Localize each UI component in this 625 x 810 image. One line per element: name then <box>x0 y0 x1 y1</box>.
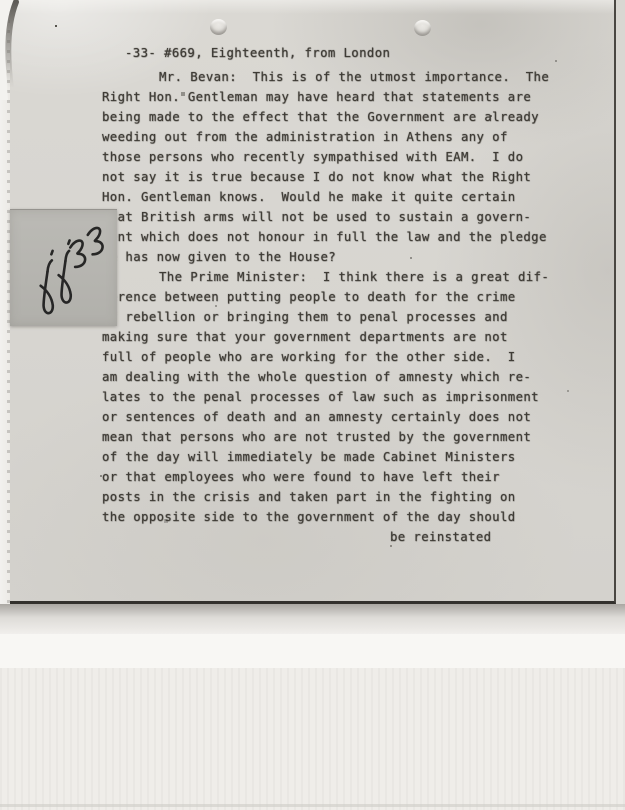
text-line: Right Hon. Gentleman may have heard that… <box>102 87 582 107</box>
archive-label: jj33 <box>10 209 117 326</box>
text-line: or that employees who were found to have… <box>102 467 582 487</box>
scanned-document: -33- #669, Eighteenth, from London Mr. B… <box>0 0 625 810</box>
text-line: or sentences of death and an amnesty cer… <box>102 407 582 427</box>
text-line: am dealing with the whole question of am… <box>102 367 582 387</box>
text-line: weeding out from the administration in A… <box>102 127 582 147</box>
text-line: of rebellion or bringing them to penal p… <box>102 307 582 327</box>
text-line: The Prime Minister: I think there is a g… <box>102 267 582 287</box>
text-line: posts in the crisis and taken part in th… <box>102 487 582 507</box>
page-header: -33- #669, Eighteenth, from London <box>125 45 390 61</box>
text-line: be reinstated <box>102 527 582 547</box>
scanner-edge-line <box>0 804 625 807</box>
page-bottom-shadow <box>0 604 625 634</box>
text-line: the opposite side to the government of t… <box>102 507 582 527</box>
body-text: Mr. Bevan: This is of the utmost importa… <box>102 67 582 547</box>
text-line: not say it is true because I do not know… <box>102 167 582 187</box>
text-line: of the day will immediately be made Cabi… <box>102 447 582 467</box>
text-line: making sure that your government departm… <box>102 327 582 347</box>
handwritten-stamp-jj33 <box>10 210 117 326</box>
scanner-background <box>0 668 625 810</box>
punch-hole-right <box>414 20 431 36</box>
text-line: full of people who are working for the o… <box>102 347 582 367</box>
text-line: Hon. Gentleman knows. Would he make it q… <box>102 187 582 207</box>
text-line: lates to the penal processes of law such… <box>102 387 582 407</box>
page-curl-shadow <box>0 0 34 100</box>
punch-hole-left <box>210 19 227 35</box>
page-right-edge <box>616 0 625 604</box>
text-line: mean that persons who are not trusted by… <box>102 427 582 447</box>
text-line: being made to the effect that the Govern… <box>102 107 582 127</box>
text-line: he has now given to the House? <box>102 247 582 267</box>
text-line: that British arms will not be used to su… <box>102 207 582 227</box>
text-line: ment which does not honour in full the l… <box>102 227 582 247</box>
text-line: Mr. Bevan: This is of the utmost importa… <box>102 67 582 87</box>
text-line: ference between putting people to death … <box>102 287 582 307</box>
backing-sheet <box>0 634 625 668</box>
text-line: those persons who recently sympathised w… <box>102 147 582 167</box>
